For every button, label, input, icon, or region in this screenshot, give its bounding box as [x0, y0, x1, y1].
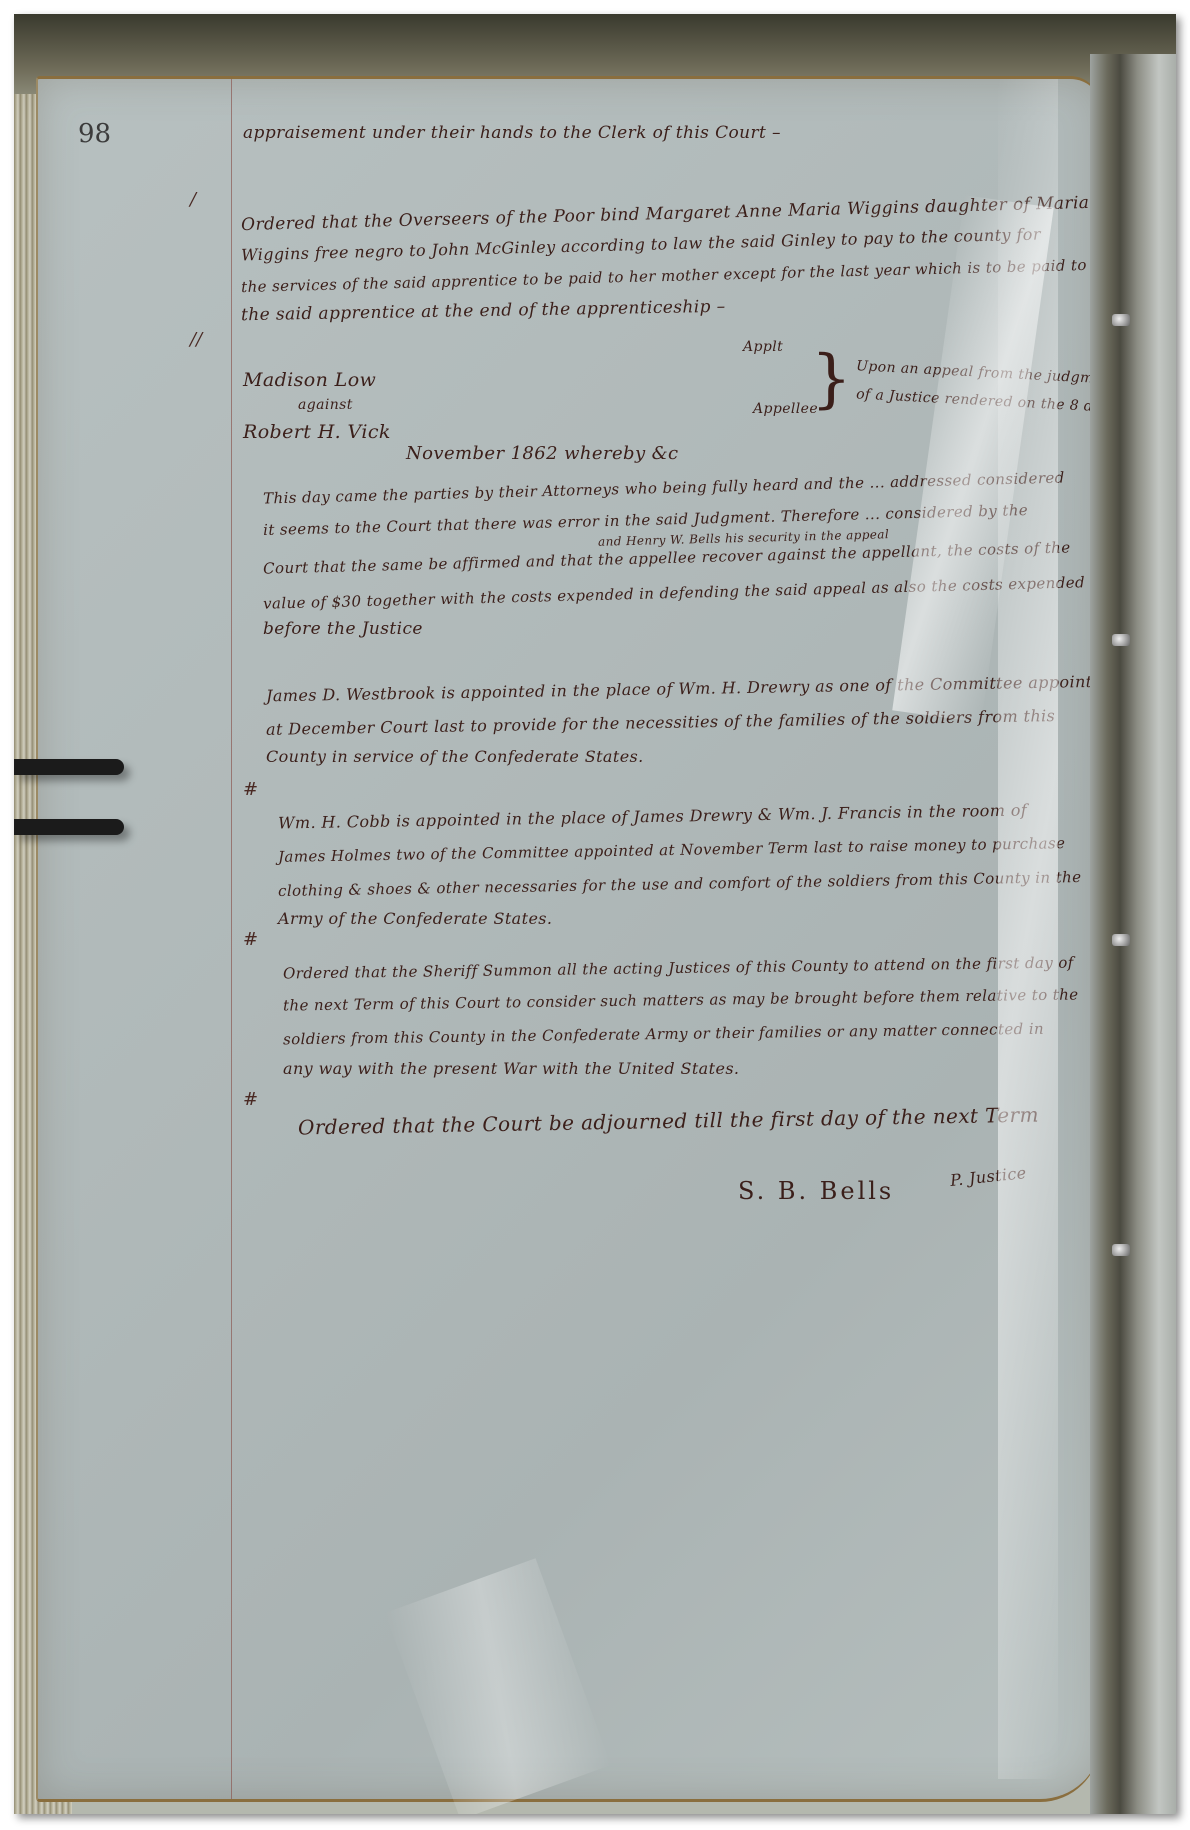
binder-post [1112, 314, 1130, 326]
entry-line: before the Justice [263, 619, 423, 639]
appellee-label: Appellee [753, 401, 818, 417]
entry-line: value of $30 together with the costs exp… [263, 573, 1085, 613]
entry-line: Army of the Confederate States. [278, 909, 552, 928]
ledger-page: 98 appraisement under their hands to the… [36, 76, 1100, 1802]
entry-line: clothing & shoes & other necessaries for… [278, 868, 1082, 900]
entry-line: appraisement under their hands to the Cl… [243, 123, 781, 143]
margin-mark: / [190, 189, 196, 210]
ledger-photo: 98 appraisement under their hands to the… [14, 14, 1176, 1814]
margin-mark: // [190, 329, 202, 350]
entry-line: the said apprentice at the end of the ap… [241, 297, 726, 325]
margin-rule [231, 79, 232, 1799]
binder-post [1112, 1244, 1130, 1256]
appellee-name: Robert H. Vick [243, 421, 391, 443]
binder-ring [14, 759, 124, 775]
adjournment-line: Ordered that the Court be adjourned till… [298, 1103, 1039, 1140]
entry-line: the next Term of this Court to consider … [283, 985, 1079, 1014]
entry-line: soldiers from this County in the Confede… [283, 1020, 1044, 1049]
binder-post [1112, 934, 1130, 946]
binder-spine [1090, 54, 1176, 1814]
appellant-label: Applt [743, 339, 783, 355]
margin-mark: # [243, 779, 258, 800]
entry-line: the services of the said apprentice to b… [241, 256, 1087, 296]
entry-line: County in service of the Confederate Sta… [266, 747, 644, 766]
binder-post [1112, 634, 1130, 646]
sleeve-glare [385, 1558, 611, 1814]
sleeve-glare [998, 79, 1058, 1779]
entry-line: Wm. H. Cobb is appointed in the place of… [278, 800, 1027, 832]
entry-line: any way with the present War with the Un… [283, 1059, 739, 1078]
entry-line: James Holmes two of the Committee appoin… [278, 834, 1066, 866]
margin-mark: # [243, 1089, 258, 1110]
appeal-caption: Upon an appeal from the judgment [856, 358, 1118, 388]
entry-line: at December Court last to provide for th… [266, 706, 1055, 739]
binder-ring [14, 819, 124, 835]
brace-icon: } [811, 347, 852, 411]
against-label: against [298, 397, 353, 413]
margin-mark: # [243, 929, 258, 950]
signature-title: P. Justice [949, 1163, 1027, 1190]
signature-name: S. B. Bells [738, 1177, 894, 1205]
entry-line: James D. Westbrook is appointed in the p… [266, 672, 1113, 706]
appellant-name: Madison Low [243, 369, 376, 391]
entry-line: This day came the parties by their Attor… [263, 469, 1065, 508]
appeal-caption: of a Justice rendered on the 8 day [856, 386, 1111, 415]
page-number: 98 [78, 119, 111, 149]
entry-line: Ordered that the Sheriff Summon all the … [283, 953, 1074, 982]
appeal-date-line: November 1862 whereby &c [406, 443, 679, 464]
